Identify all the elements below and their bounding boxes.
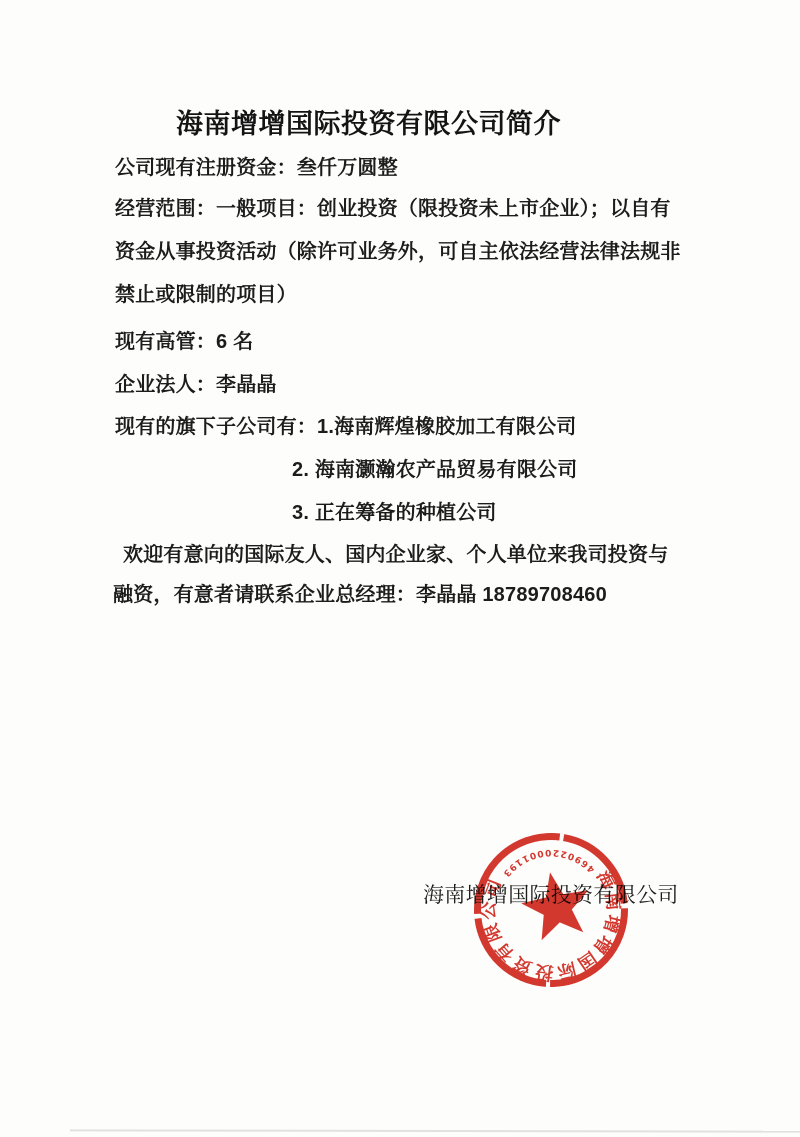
- company-seal-stamp: 海南增增国际投资有限公司 46902200011932: [446, 805, 656, 1015]
- body-line-subsidiary-1: 现有的旗下子公司有：1.海南辉煌橡胶加工有限公司: [115, 410, 576, 439]
- body-line-business-scope-1: 经营范围：一般项目：创业投资（限投资未上市企业）；以自有: [115, 192, 671, 221]
- document-page: 海南增增国际投资有限公司简介 公司现有注册资金：叁仟万圆整 经营范围：一般项目：…: [0, 0, 800, 1137]
- body-line-legal-person: 企业法人：李晶晶: [115, 368, 277, 397]
- body-line-subsidiary-3: 3. 正在筹备的种植公司: [292, 496, 497, 525]
- document-title: 海南增增国际投资有限公司简介: [176, 102, 561, 141]
- body-line-invitation-2: 融资，有意者请联系企业总经理：李晶晶 18789708460: [113, 578, 607, 607]
- body-line-registered-capital: 公司现有注册资金：叁仟万圆整: [115, 151, 398, 180]
- body-line-executives: 现有高管：6 名: [115, 325, 253, 354]
- body-line-invitation-1: 欢迎有意向的国际友人、国内企业家、个人单位来我司投资与: [123, 538, 668, 567]
- body-line-business-scope-3: 禁止或限制的项目）: [115, 278, 297, 307]
- seal-star-icon: [516, 866, 596, 943]
- body-line-business-scope-2: 资金从事投资活动（除许可业务外，可自主依法经营法律法规非: [115, 235, 681, 264]
- scan-edge-artifact: [70, 1129, 800, 1132]
- body-line-subsidiary-2: 2. 海南灏瀚农产品贸易有限公司: [292, 453, 577, 482]
